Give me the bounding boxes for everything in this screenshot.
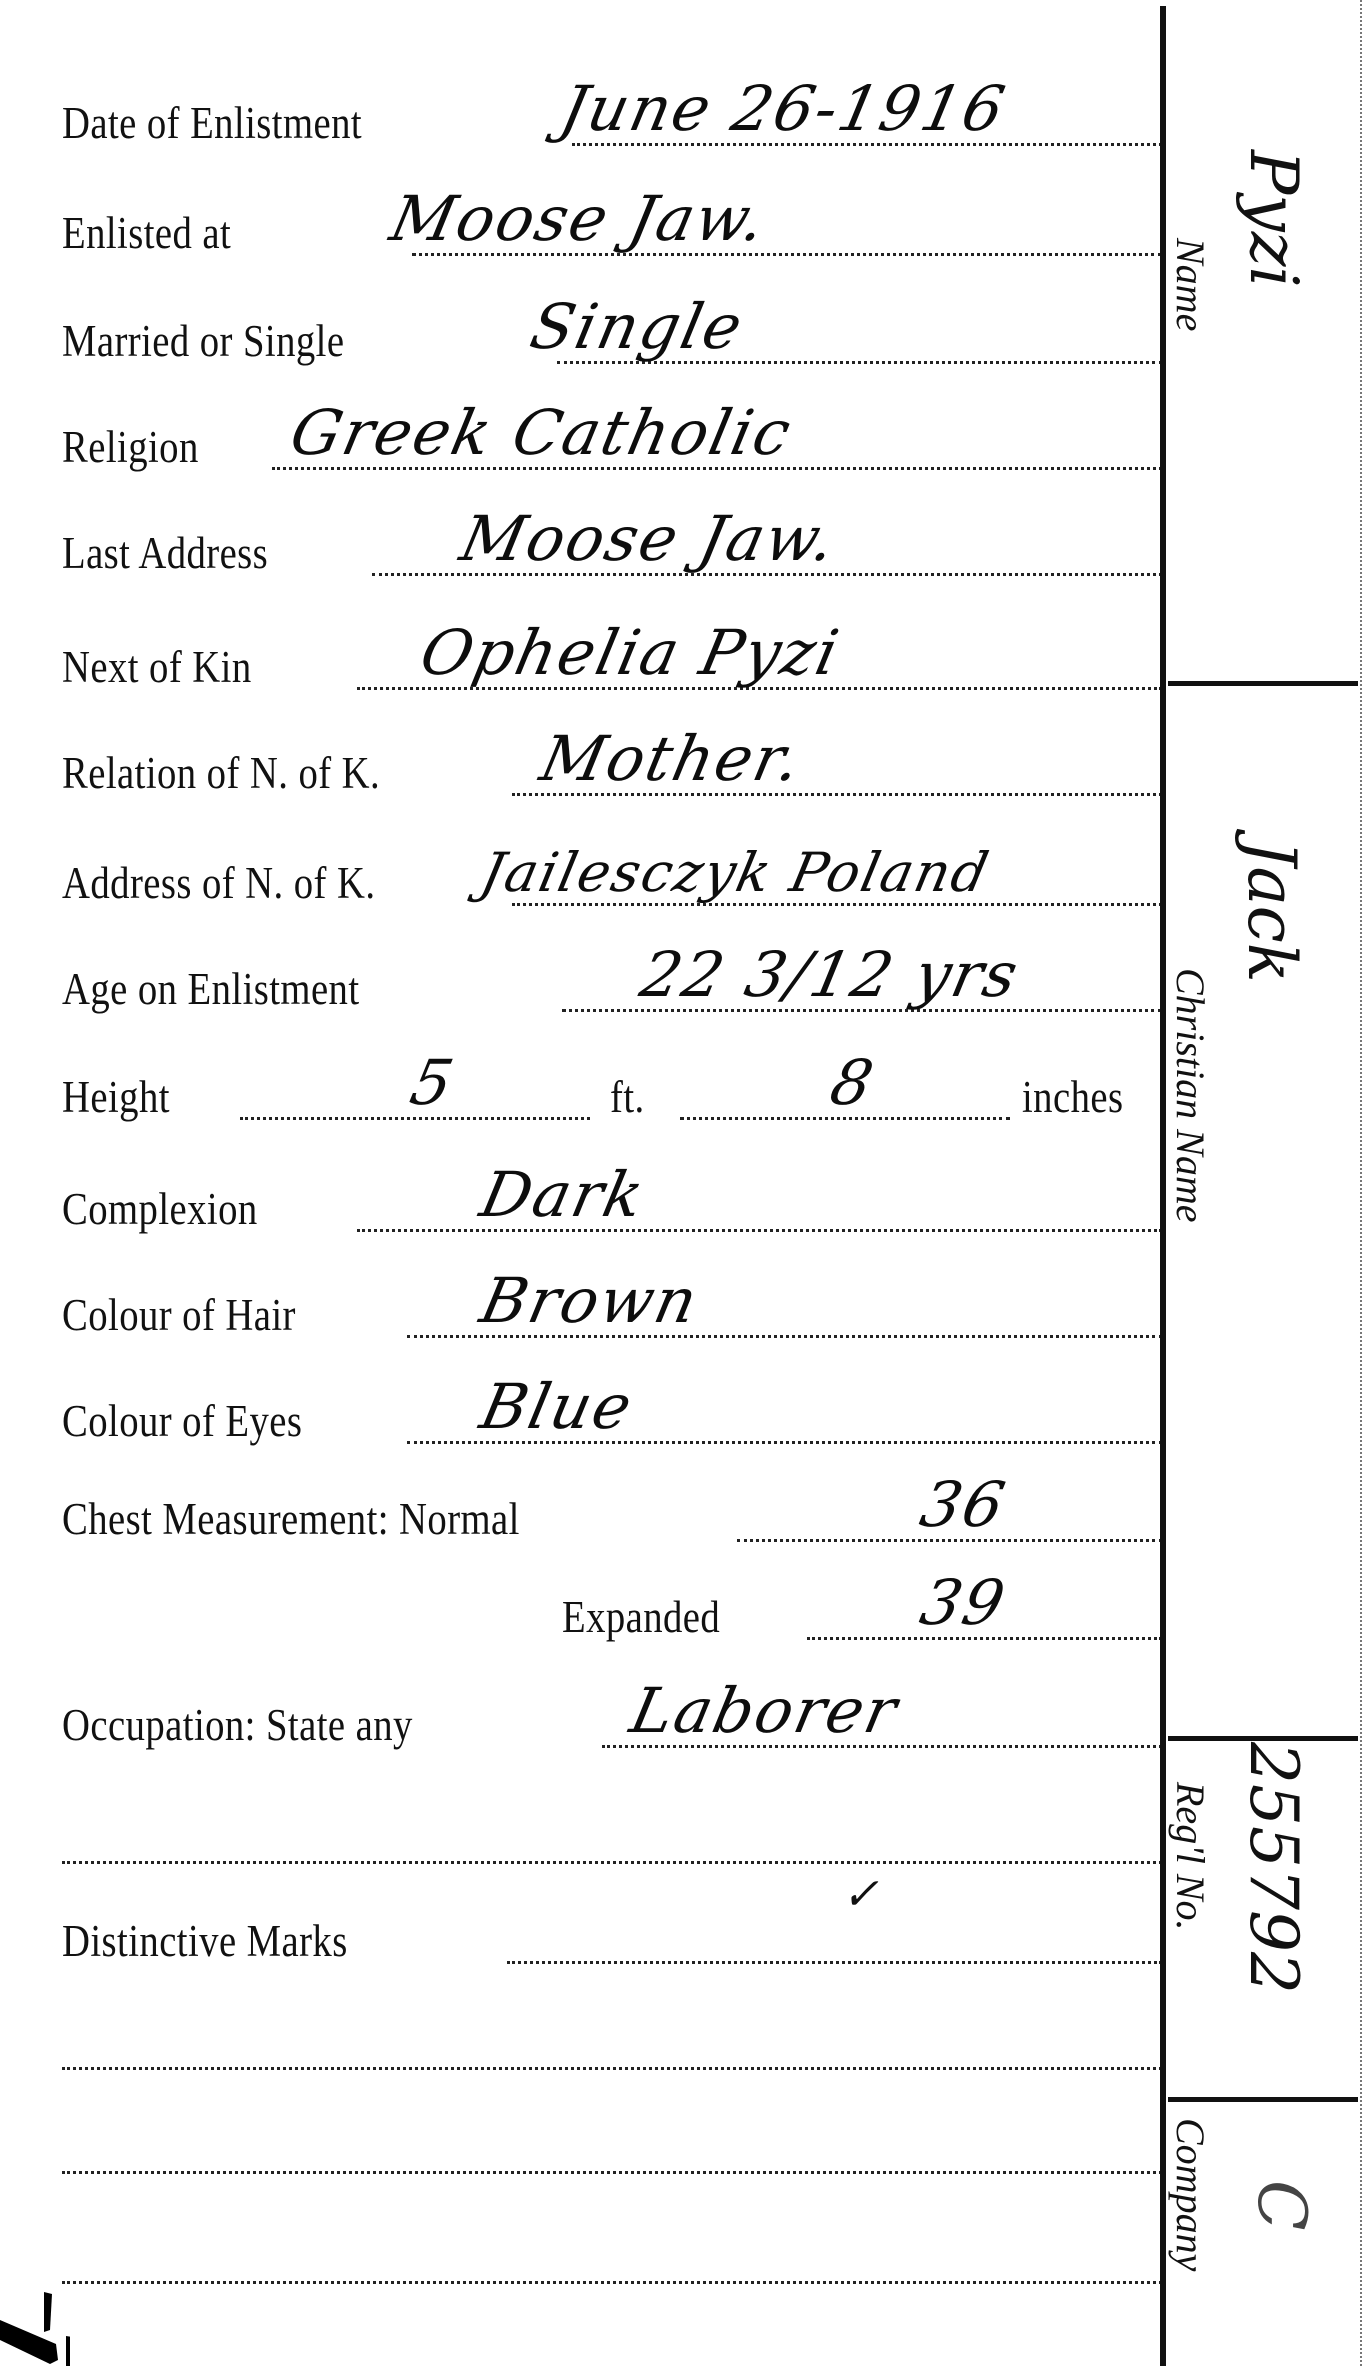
- field-label: Next of Kin: [62, 645, 252, 690]
- field-label: Address of N. of K.: [62, 861, 375, 906]
- field-colour-of-hair: Colour of Hair Brown: [62, 1254, 1162, 1344]
- dotted-line: [62, 2067, 1162, 2070]
- field-value: June 26-1916: [555, 78, 1011, 140]
- field-last-address: Last Address Moose Jaw.: [62, 492, 1162, 582]
- field-label: Chest Measurement: Normal: [62, 1497, 520, 1542]
- field-value: Moose Jaw.: [455, 508, 842, 570]
- field-label: Colour of Hair: [62, 1293, 296, 1338]
- field-height: Height 5 ft. 8 inches: [62, 1036, 1162, 1126]
- field-label: Last Address: [62, 531, 268, 576]
- field-value: Greek Catholic: [285, 402, 797, 464]
- sidebar-divider-regl-no: [1168, 2097, 1358, 2102]
- field-age-on-enlistment: Age on Enlistment 22 3/12 yrs: [62, 928, 1162, 1018]
- sidebar-divider-name: [1168, 681, 1358, 686]
- field-value: Mother.: [535, 728, 807, 790]
- sidebar-divider-vertical: [1160, 6, 1166, 2366]
- distinctive-marks-line-4: [62, 2200, 1162, 2290]
- height-feet-value: 5: [405, 1052, 460, 1114]
- inches-unit-label: inches: [1022, 1075, 1123, 1120]
- sidebar-name-value: Pyzi: [1235, 150, 1312, 288]
- field-label: Occupation: State any: [62, 1703, 413, 1748]
- sidebar-regl-no-value: 255792: [1235, 1742, 1312, 1994]
- field-value: 22 3/12 yrs: [635, 944, 1024, 1006]
- field-enlisted-at: Enlisted at Moose Jaw.: [62, 172, 1162, 262]
- field-occupation: Occupation: State any Laborer: [62, 1664, 1162, 1754]
- field-address-of-next-of-kin: Address of N. of K. Jailesczyk Poland: [62, 822, 1162, 912]
- field-distinctive-marks: Distinctive Marks ✓: [62, 1880, 1162, 1970]
- feet-unit-label: ft.: [610, 1075, 645, 1120]
- sidebar-divider-christian-name: [1168, 1736, 1358, 1741]
- sidebar-christian-name-value: Jack: [1233, 840, 1310, 983]
- field-value: Laborer: [625, 1680, 903, 1742]
- field-label: Enlisted at: [62, 211, 231, 256]
- field-label: Relation of N. of K.: [62, 751, 380, 796]
- sidebar-regl-no-label: Reg'l No.: [1167, 1782, 1214, 1931]
- field-value: Blue: [475, 1376, 638, 1438]
- field-label: Colour of Eyes: [62, 1399, 302, 1444]
- distinctive-marks-line-3: [62, 2090, 1162, 2180]
- field-label: Married or Single: [62, 319, 344, 364]
- field-label: Complexion: [62, 1187, 258, 1232]
- sidebar-company-value: C: [1243, 2180, 1320, 2231]
- field-relation-of-next-of-kin: Relation of N. of K. Mother.: [62, 712, 1162, 802]
- height-inches-value: 8: [825, 1052, 880, 1114]
- page-edge-perforation: [1360, 0, 1362, 2366]
- field-value: Single: [525, 296, 749, 358]
- field-label: Height: [62, 1075, 170, 1120]
- field-value: Dark: [475, 1164, 650, 1226]
- field-value: Jailesczyk Poland: [476, 846, 994, 900]
- field-colour-of-eyes: Colour of Eyes Blue: [62, 1360, 1162, 1450]
- field-value: Ophelia Pyzi: [415, 622, 845, 684]
- field-label: Age on Enlistment: [62, 967, 360, 1012]
- field-married-or-single: Married or Single Single: [62, 280, 1162, 370]
- field-chest-expanded: Expanded 39: [62, 1556, 1162, 1646]
- checkmark-icon: ✓: [842, 1869, 879, 1920]
- field-next-of-kin: Next of Kin Ophelia Pyzi: [62, 606, 1162, 696]
- distinctive-marks-line-2: [62, 1986, 1162, 2076]
- sidebar-name-label: Name: [1167, 238, 1214, 331]
- field-label: Date of Enlistment: [62, 101, 362, 146]
- field-label: Expanded: [562, 1595, 720, 1640]
- occupation-extra-line: [62, 1780, 1162, 1870]
- field-religion: Religion Greek Catholic: [62, 386, 1162, 476]
- field-label: Religion: [62, 425, 199, 470]
- sidebar-christian-name-label: Christian Name: [1167, 968, 1214, 1222]
- sidebar-company-label: Company: [1167, 2118, 1214, 2271]
- ink-blot-mark: [0, 2286, 70, 2366]
- field-label: Distinctive Marks: [62, 1919, 348, 1964]
- dotted-line: [507, 1961, 1162, 1964]
- field-value: Moose Jaw.: [385, 188, 772, 250]
- dotted-line: [62, 1861, 1162, 1864]
- field-value: 36: [915, 1474, 1011, 1536]
- field-chest-normal: Chest Measurement: Normal 36: [62, 1458, 1162, 1548]
- dotted-line: [62, 2171, 1162, 2174]
- field-complexion: Complexion Dark: [62, 1148, 1162, 1238]
- field-date-of-enlistment: Date of Enlistment June 26-1916: [62, 62, 1162, 152]
- dotted-line: [62, 2281, 1162, 2284]
- field-value: 39: [915, 1572, 1011, 1634]
- field-value: Brown: [475, 1270, 704, 1332]
